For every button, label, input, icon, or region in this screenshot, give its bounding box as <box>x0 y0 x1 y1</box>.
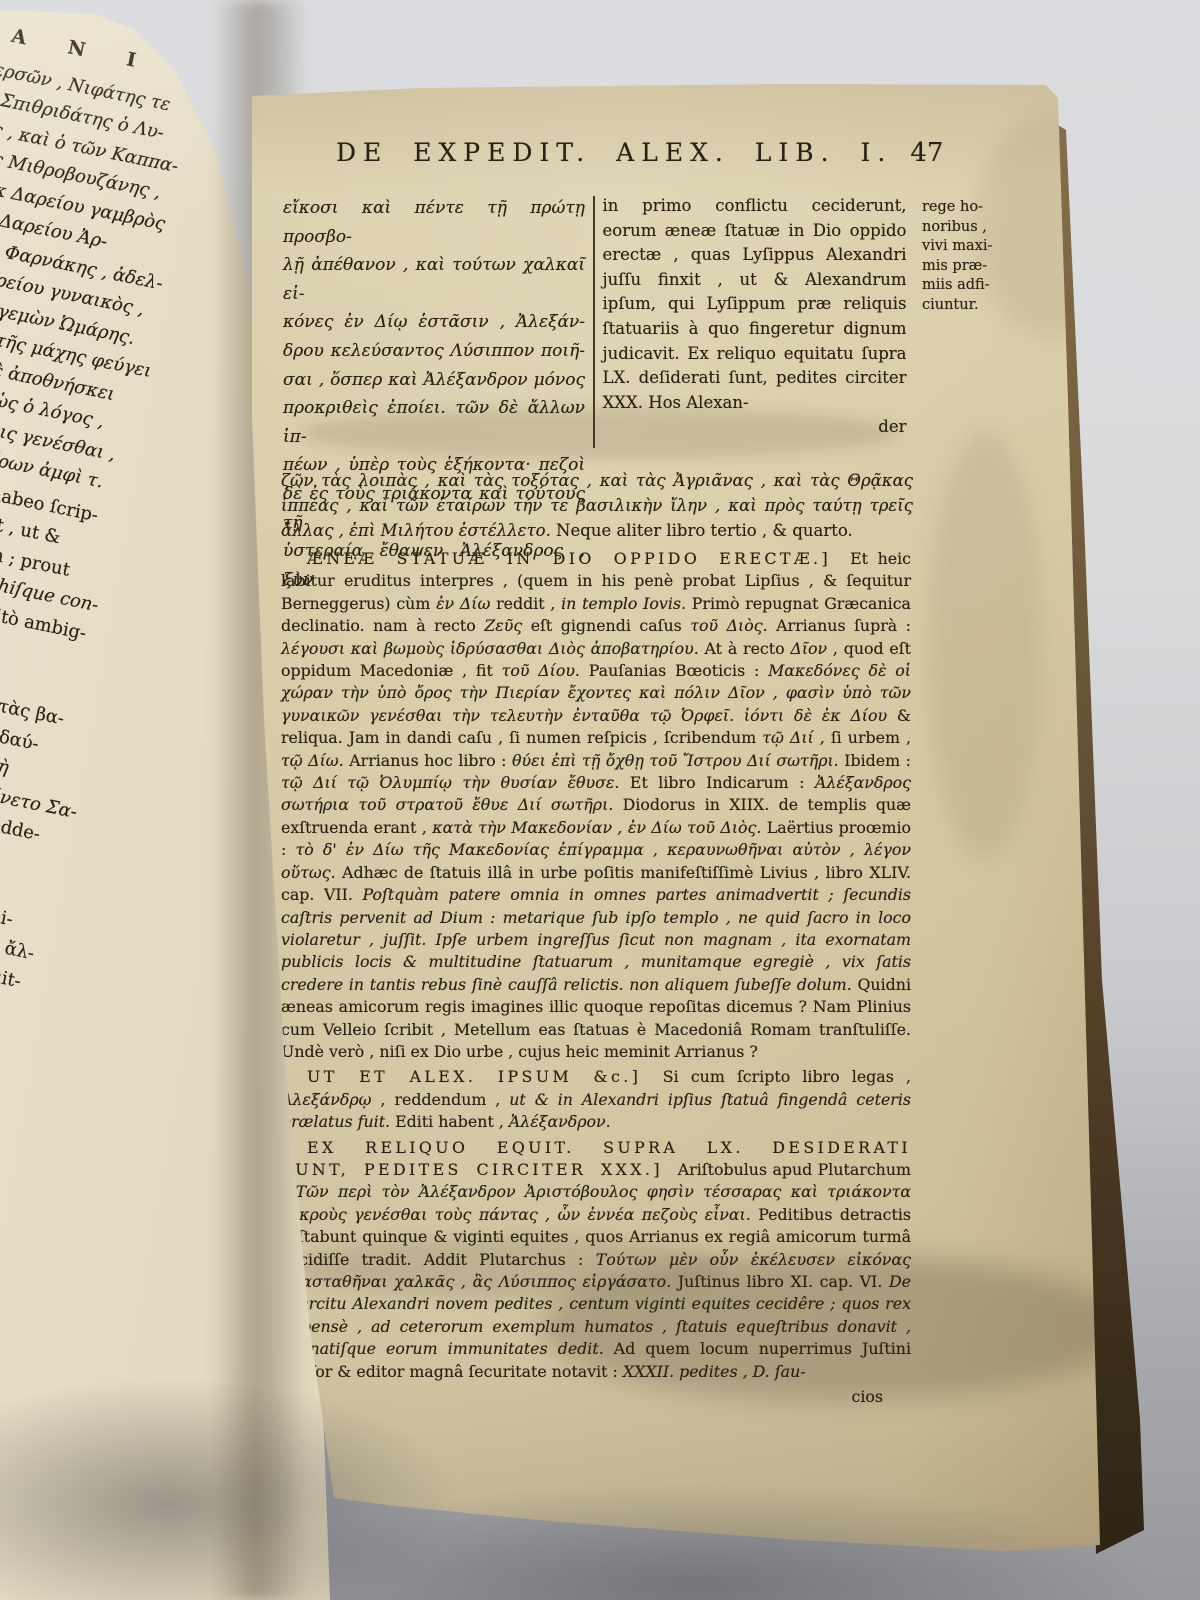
commentary-section-aeneae-statuae: ÆNEÆ STATUÆ IN DIO OPPIDO ERECTÆ.] Et he… <box>281 548 911 1063</box>
column-divider-rule <box>593 196 595 448</box>
text-segment: Poſtquàm patere omnia in omnes partes an… <box>281 885 911 994</box>
commentary-section-ut-et-alex: UT ET ALEX. IPSUM &c.] Si cum ſcripto li… <box>281 1066 911 1133</box>
text-line: λῇ ἀπέθανον , καὶ τούτων χαλκαῖ εἰ- <box>283 251 585 308</box>
text-segment: ÆNEÆ STATUÆ IN DIO OPPIDO ERECTÆ.] <box>307 549 850 568</box>
paper-stain <box>928 430 1043 860</box>
text-segment: Arrianus hoc libro : <box>344 751 512 770</box>
text-segment: reddit , <box>490 594 561 613</box>
column-catchword: der <box>603 415 907 439</box>
text-segment: UT ET ALEX. IPSUM &c.] <box>307 1067 663 1086</box>
margin-note: rege ho-noribus ,vivi maxi-mis præ-miis … <box>922 198 1030 315</box>
text-segment: Δῖον <box>790 639 827 658</box>
text-segment: Ἀλέξανδρον. <box>509 1112 611 1131</box>
greek-passage: ζῶν τὰς λοιπὰς , καὶ τὰς τοξότας , καὶ τ… <box>281 468 913 543</box>
running-title: DE EXPEDIT. ALEX. LIB. I. <box>300 138 892 167</box>
text-segment: Editi habent , <box>390 1112 509 1131</box>
text-line: σαι , ὅσπερ καὶ Ἀλέξανδρον μόνος <box>283 366 585 395</box>
commentary-sections: ÆNEÆ STATUÆ IN DIO OPPIDO ERECTÆ.] Et he… <box>281 548 911 1408</box>
text-line: miis adfi- <box>922 276 1030 296</box>
page-catchword: cios <box>281 1386 911 1408</box>
text-segment: τῷ Διί τῷ Ὀλυμπίῳ τὴν θυσίαν ἔθυσε. <box>281 773 619 792</box>
text-segment: Ζεῦς <box>484 616 522 635</box>
text-line: vivi maxi- <box>922 237 1030 257</box>
text-line: κόνες ἐν Δίῳ ἑστᾶσιν , Ἀλεξάν- <box>283 308 585 337</box>
text-segment: in templo Iovis. <box>561 594 686 613</box>
text-segment: Neque aliter libro tertio , & quarto. <box>551 521 853 540</box>
text-segment: λέγουσι καὶ βωμοὺς ἱδρύσασθαι Διὸς ἀποβα… <box>281 639 699 658</box>
text-line: εἴκοσι καὶ πέντε τῇ πρώτῃ προσβο- <box>283 194 585 251</box>
text-segment: Juſtinus libro XI. cap. VI. <box>671 1272 889 1291</box>
text-line: rege ho- <box>922 198 1030 218</box>
text-segment: Ibidem : <box>839 751 911 770</box>
text-segment: Ἀλεξάνδρῳ <box>281 1090 372 1109</box>
commentary-section-ex-reliquo: EX RELIQUO EQUIT. SUPRA LX. DESIDERATI S… <box>281 1137 911 1383</box>
text-line: προκριθεὶς ἐποίει. τῶν δὲ ἄλλων ἱπ- <box>283 394 585 451</box>
text-segment: Et libro Indicarum : <box>619 773 815 792</box>
text-line: δρου κελεύσαντος Λύσιππον ποιῆ- <box>283 337 585 366</box>
text-segment: XXXII. pedites , D. ſau- <box>623 1362 806 1381</box>
text-segment: ἐν Δίω <box>436 594 490 613</box>
text-segment: Si cum ſcripto libro legas , <box>663 1067 911 1086</box>
page-header: DE EXPEDIT. ALEX. LIB. I. 47 <box>300 138 918 168</box>
text-segment: τῷ Διί , <box>762 728 825 747</box>
text-segment: τοῦ Διὸς. <box>690 616 767 635</box>
text-line: noribus , <box>922 218 1030 238</box>
text-segment: τῷ Δίω. <box>281 751 344 770</box>
text-segment: ſi urbem , <box>825 728 911 747</box>
text-segment: θύει ἐπὶ τῇ ὄχθῃ τοῦ Ἴστρου Διί σωτῆρι. <box>512 751 839 770</box>
text-segment: At à recto <box>699 639 791 658</box>
text-segment: eſt gignendi caſus <box>522 616 690 635</box>
text-segment: Pauſanias Bœoticis : <box>580 661 768 680</box>
text-segment: κατὰ τὴν Μακεδονίαν , ἐν Δίω τοῦ Διὸς. <box>432 818 761 837</box>
book-photo: A N I μόνες τῶν Περσῶν , Νιφάτης τεΠετίν… <box>0 0 1200 1600</box>
text-line: ciuntur. <box>922 296 1030 316</box>
latin-column-text: in primo conflictu ceciderunt, eorum æne… <box>603 194 907 415</box>
page-number: 47 <box>910 138 943 168</box>
text-segment: τοῦ Δίου. <box>502 661 580 680</box>
text-line: mis præ- <box>922 257 1030 277</box>
text-segment: , reddendum , <box>372 1090 510 1109</box>
text-segment: Arrianus ſuprà : <box>768 616 911 635</box>
